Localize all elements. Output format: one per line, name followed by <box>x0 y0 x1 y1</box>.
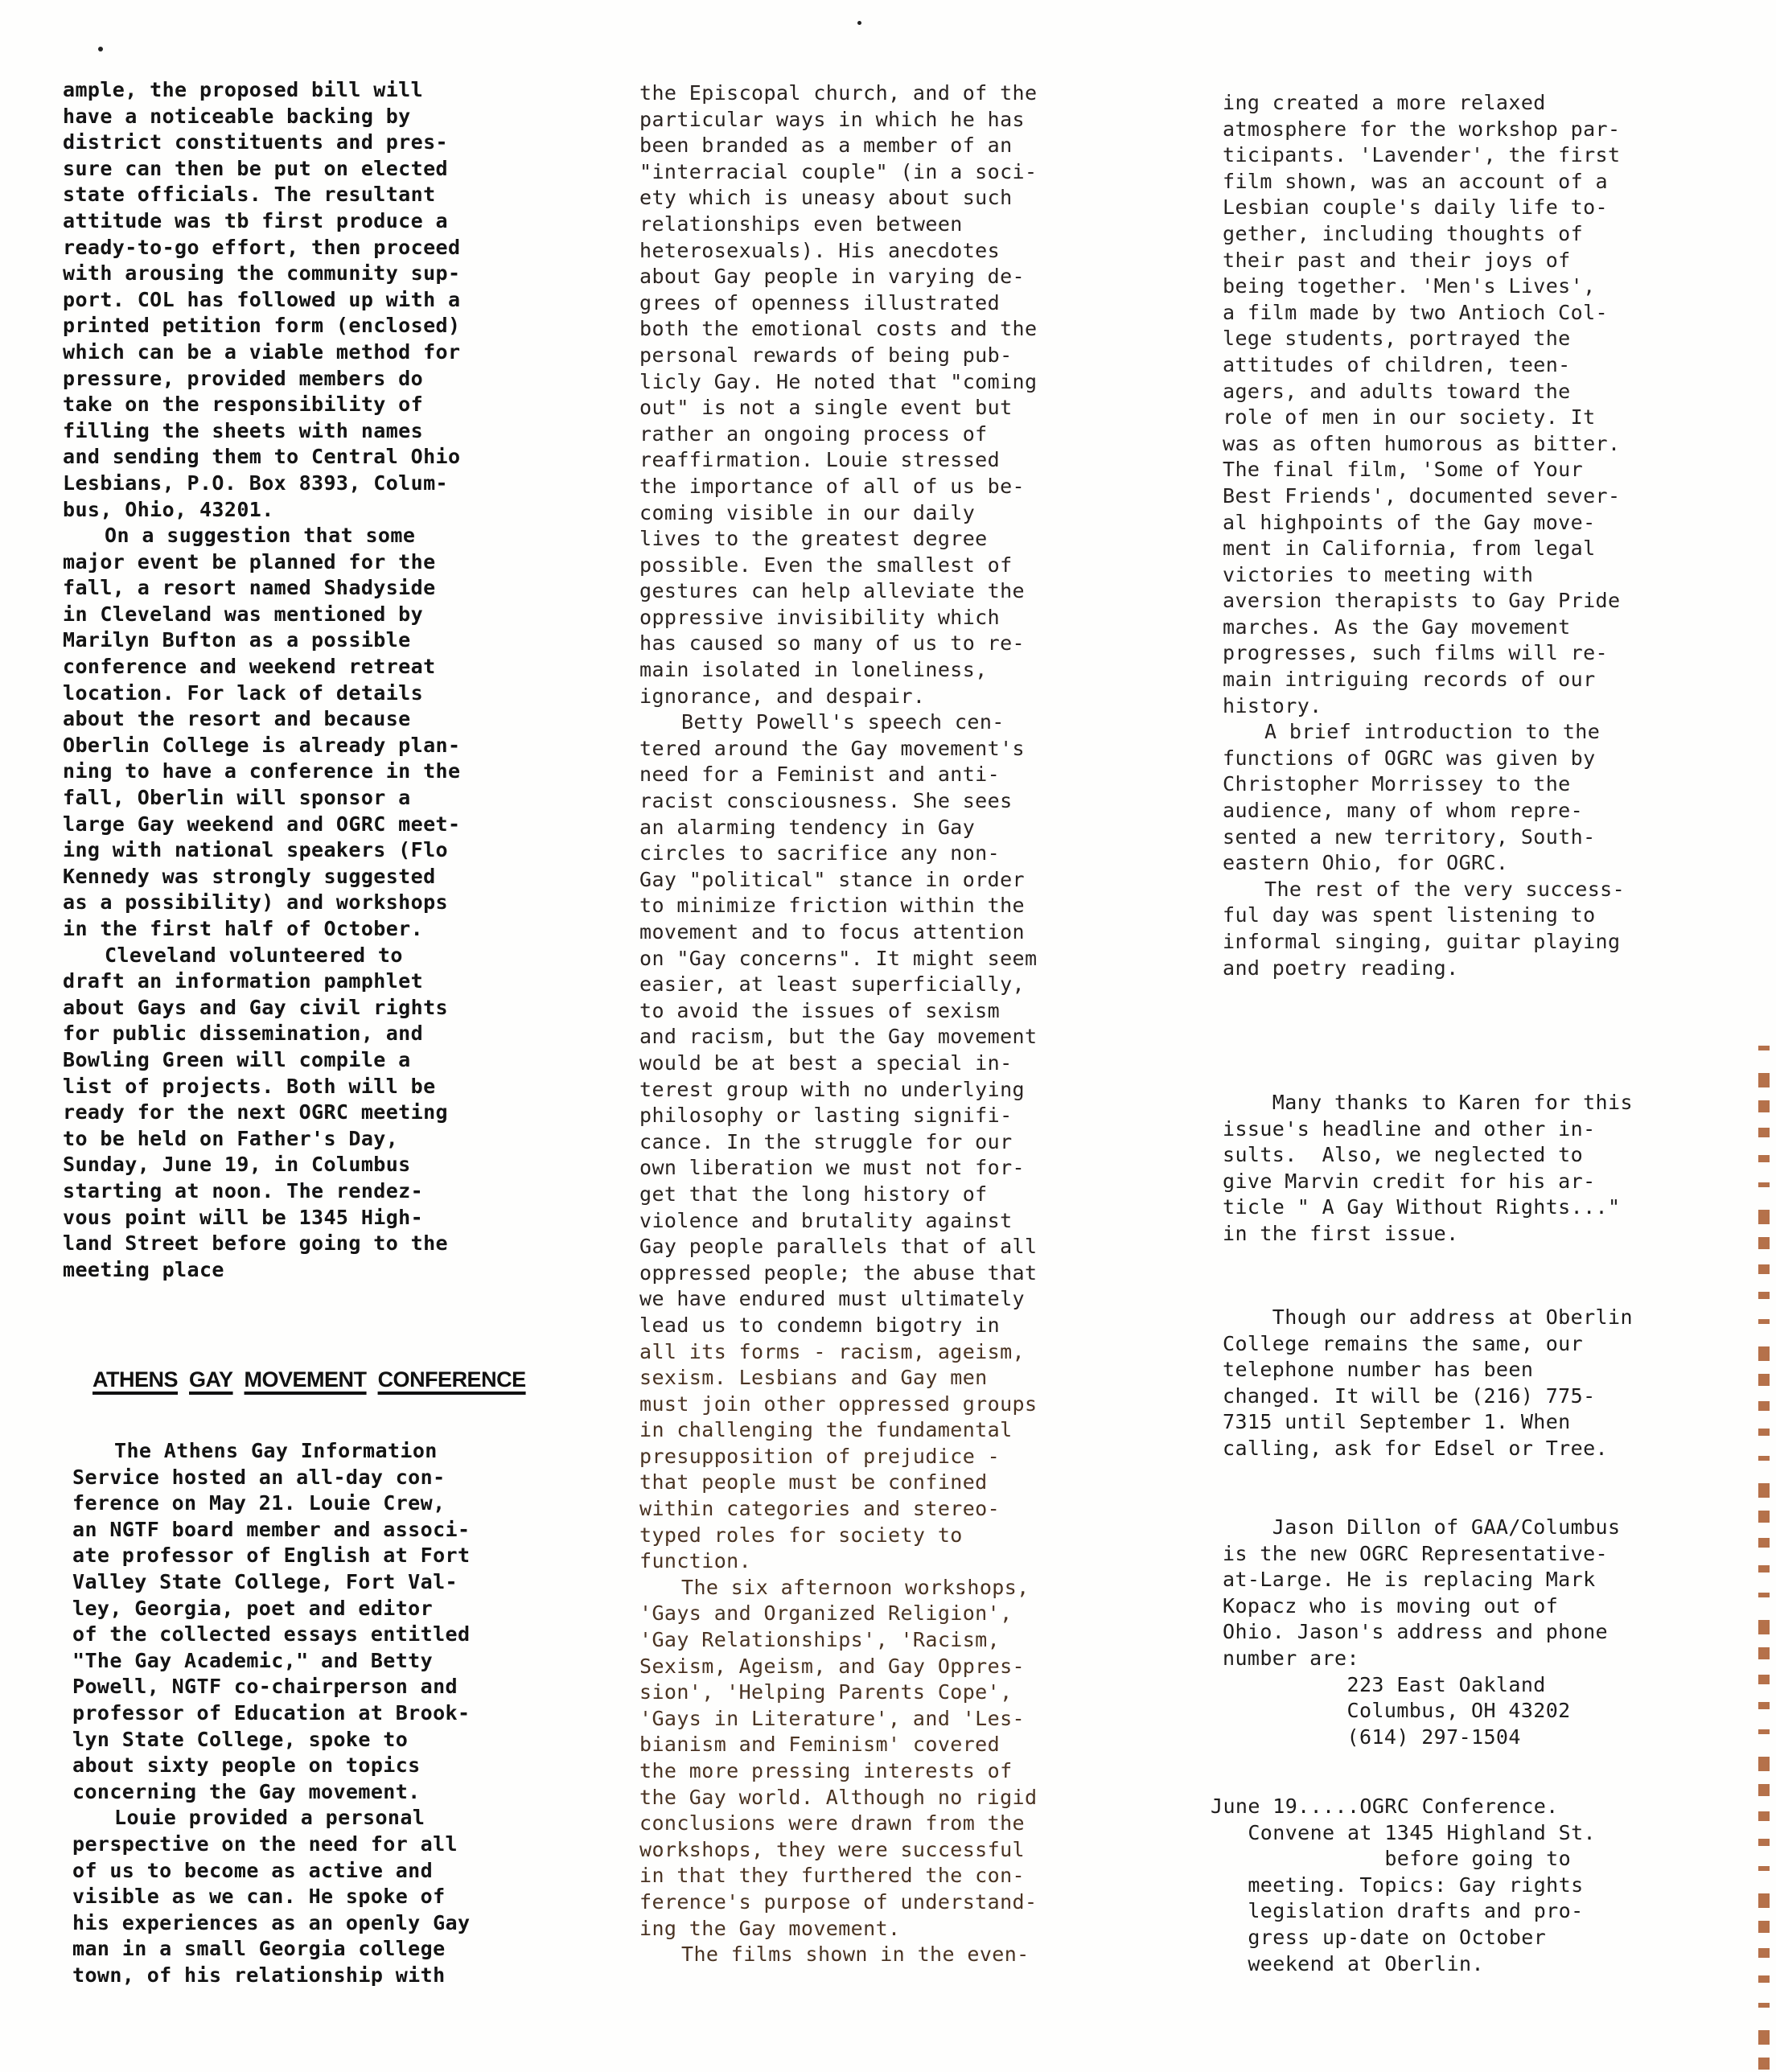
heading-word: ATHENS <box>92 1367 178 1392</box>
text-line: The films shown in the even- <box>639 1942 1122 1968</box>
text-line: ready for the next OGRC meeting <box>63 1100 578 1126</box>
scan-artifact <box>1758 1100 1770 1112</box>
text-line: Though our address at Oberlin <box>1223 1305 1633 1331</box>
text-line: been branded as a member of an <box>639 133 1122 159</box>
text-line: movement and to focus attention <box>639 919 1122 946</box>
text-line: Convene at 1345 Highland St. <box>1211 1820 1596 1847</box>
text-line: must join other oppressed groups <box>639 1392 1122 1418</box>
text-line: on "Gay concerns". It might seem <box>639 946 1122 972</box>
text-line: audience, many of whom repre- <box>1223 798 1689 824</box>
text-line: ing created a more relaxed <box>1223 90 1689 117</box>
text-line: Marilyn Bufton as a possible <box>63 627 578 654</box>
text-line: Service hosted an all-day con- <box>72 1465 587 1491</box>
text-line: function. <box>639 1548 1122 1575</box>
text-line: district constituents and pres- <box>63 129 578 156</box>
text-line: Lesbian couple's daily life to- <box>1223 195 1689 221</box>
text-line: have a noticeable backing by <box>63 104 578 130</box>
text-line: and sending them to Central Ohio <box>63 444 578 471</box>
scan-artifact <box>1758 1237 1770 1249</box>
text-line: marches. As the Gay movement <box>1223 615 1689 641</box>
text-line: oppressive invisibility which <box>639 605 1122 631</box>
text-line: town, of his relationship with <box>72 1963 587 1989</box>
text-line: history. <box>1223 693 1689 720</box>
text-line: out" is not a single event but <box>639 395 1122 421</box>
text-line: presupposition of prejudice - <box>639 1444 1122 1470</box>
text-line: sion', 'Helping Parents Cope', <box>639 1679 1122 1706</box>
scan-artifact <box>1758 1702 1770 1709</box>
text-line: own liberation we must not for- <box>639 1155 1122 1182</box>
text-line: "The Gay Academic," and Betty <box>72 1648 587 1675</box>
text-line: give Marvin credit for his ar- <box>1223 1169 1633 1195</box>
text-line: conference and weekend retreat <box>63 654 578 680</box>
text-line: port. COL has followed up with a <box>63 287 578 314</box>
text-line: in Cleveland was mentioned by <box>63 602 578 628</box>
text-line: College remains the same, our <box>1223 1331 1633 1358</box>
scan-artifact <box>1758 1155 1770 1162</box>
text-line: licly Gay. He noted that "coming <box>639 369 1122 396</box>
text-line: role of men in our society. It <box>1223 405 1689 431</box>
text-line: Oberlin College is already plan- <box>63 733 578 759</box>
text-line: gress up-date on October <box>1211 1925 1596 1951</box>
text-line: draft an information pamphlet <box>63 968 578 995</box>
text-line: ference on May 21. Louie Crew, <box>72 1490 587 1517</box>
text-line: ing with national speakers (Flo <box>63 837 578 864</box>
scan-artifact <box>1758 1511 1770 1523</box>
column-3: ing created a more relaxedatmosphere for… <box>1223 90 1689 981</box>
text-line: The rest of the very success- <box>1223 877 1689 903</box>
text-line: ley, Georgia, poet and editor <box>72 1596 587 1622</box>
calendar-entry: June 19.....OGRC Conference. Convene at … <box>1211 1794 1596 1977</box>
text-line: Cleveland volunteered to <box>63 943 578 969</box>
text-line: ference's purpose of understand- <box>639 1889 1122 1916</box>
text-line: lead us to condemn bigotry in <box>639 1313 1122 1339</box>
text-line: lives to the greatest degree <box>639 526 1122 553</box>
scan-artifact <box>1758 1839 1770 1846</box>
text-line: professor of Education at Brook- <box>72 1700 587 1727</box>
text-line: Best Friends', documented sever- <box>1223 483 1689 510</box>
text-line: in the first half of October. <box>63 916 578 943</box>
text-line: attitudes of children, teen- <box>1223 352 1689 379</box>
text-line: The final film, 'Some of Your <box>1223 457 1689 483</box>
text-line: perspective on the need for all <box>72 1831 587 1858</box>
scan-artifact <box>1758 1866 1770 1871</box>
text-line: changed. It will be (216) 775- <box>1223 1383 1633 1410</box>
text-line: easier, at least superficially, <box>639 972 1122 998</box>
text-line: to be held on Father's Day, <box>63 1126 578 1153</box>
text-line: sented a new territory, South- <box>1223 824 1689 851</box>
text-line: (614) 297-1504 <box>1223 1725 1620 1751</box>
text-line: with arousing the community sup- <box>63 261 578 287</box>
scan-artifact <box>1758 1374 1770 1386</box>
text-line: circles to sacrifice any non- <box>639 841 1122 867</box>
text-line: at-Large. He is replacing Mark <box>1223 1567 1620 1593</box>
text-line: ing the Gay movement. <box>639 1916 1122 1942</box>
text-line: that people must be confined <box>639 1470 1122 1496</box>
scan-artifact <box>1758 1210 1770 1224</box>
text-line: Louie provided a personal <box>72 1805 587 1831</box>
text-line: lege students, portrayed the <box>1223 326 1689 352</box>
scan-artifact <box>1758 1975 1770 1983</box>
text-line: 'Gays in Literature', and 'Les- <box>639 1706 1122 1733</box>
text-line: starting at noon. The rendez- <box>63 1178 578 1205</box>
heading-word: GAY <box>189 1367 233 1392</box>
phone-change-note: Though our address at OberlinCollege rem… <box>1223 1305 1633 1462</box>
scan-artifact <box>1758 1565 1770 1572</box>
text-line: ample, the proposed bill will <box>63 77 578 104</box>
scan-artifact <box>1758 1811 1770 1821</box>
text-line: concerning the Gay movement. <box>72 1779 587 1806</box>
text-line: meeting. Topics: Gay rights <box>1211 1873 1596 1899</box>
text-line: workshops, they were successful <box>639 1837 1122 1864</box>
scan-artifact <box>1758 1046 1770 1050</box>
text-line: bianism and Feminism' covered <box>639 1732 1122 1758</box>
text-line: ready-to-go effort, then proceed <box>63 235 578 261</box>
text-line: heterosexuals). His anecdotes <box>639 238 1122 265</box>
text-line: 'Gays and Organized Religion', <box>639 1601 1122 1627</box>
text-line: Sexism, Ageism, and Gay Oppres- <box>639 1654 1122 1680</box>
text-line: ful day was spent listening to <box>1223 902 1689 929</box>
text-line: attitude was tb first produce a <box>63 208 578 235</box>
text-line: rather an ongoing process of <box>639 421 1122 448</box>
scan-artifact <box>1758 1073 1770 1087</box>
scan-artifact <box>1758 2003 1770 2008</box>
text-line: The six afternoon workshops, <box>639 1575 1122 1601</box>
text-line: his experiences as an openly Gay <box>72 1910 587 1937</box>
text-line: has caused so many of us to re- <box>639 631 1122 657</box>
text-line: land Street before going to the <box>63 1231 578 1257</box>
text-line: an alarming tendency in Gay <box>639 815 1122 841</box>
scanned-page: ample, the proposed bill willhave a noti… <box>0 0 1776 2072</box>
text-line: for public dissemination, and <box>63 1021 578 1047</box>
text-line: telephone number has been <box>1223 1357 1633 1383</box>
text-line: sexism. Lesbians and Gay men <box>639 1365 1122 1392</box>
scan-artifact <box>1758 1675 1770 1684</box>
text-line: Columbus, OH 43202 <box>1223 1698 1620 1725</box>
heading-word: CONFERENCE <box>378 1367 526 1392</box>
text-line: Christopher Morrissey to the <box>1223 771 1689 798</box>
text-line: lyn State College, spoke to <box>72 1727 587 1753</box>
text-line: in challenging the fundamental <box>639 1417 1122 1444</box>
text-line: particular ways in which he has <box>639 107 1122 134</box>
text-line: Lesbians, P.O. Box 8393, Colum- <box>63 471 578 497</box>
text-line: man in a small Georgia college <box>72 1936 587 1963</box>
scan-artifact <box>1758 1647 1770 1659</box>
text-line: which can be a viable method for <box>63 339 578 366</box>
text-line: sure can then be put on elected <box>63 156 578 183</box>
text-line: legislation drafts and pro- <box>1211 1898 1596 1925</box>
representative-note: Jason Dillon of GAA/Columbusis the new O… <box>1223 1515 1620 1750</box>
scan-artifact <box>1758 1128 1770 1137</box>
text-line: oppressed people; the abuse that <box>639 1260 1122 1287</box>
text-line: and poetry reading. <box>1223 956 1689 982</box>
text-line: pressure, provided members do <box>63 366 578 393</box>
text-line: fall, a resort named Shadyside <box>63 575 578 602</box>
column-2: the Episcopal church, and of theparticul… <box>639 80 1122 1968</box>
text-line: ticipants. 'Lavender', the first <box>1223 142 1689 169</box>
scan-artifact <box>1758 1593 1770 1597</box>
text-line: weekend at Oberlin. <box>1211 1951 1596 1978</box>
text-line: 223 East Oakland <box>1223 1672 1620 1699</box>
scan-artifact <box>1758 2030 1770 2045</box>
text-line: vous point will be 1345 High- <box>63 1205 578 1231</box>
scan-artifact <box>1758 1264 1770 1274</box>
text-line: Gay people parallels that of all <box>639 1234 1122 1260</box>
text-line: A brief introduction to the <box>1223 719 1689 746</box>
text-line: list of projects. Both will be <box>63 1074 578 1100</box>
text-line: terest group with no underlying <box>639 1077 1122 1104</box>
text-line: gether, including thoughts of <box>1223 221 1689 248</box>
text-line: and racism, but the Gay movement <box>639 1024 1122 1050</box>
text-line: visible as we can. He spoke of <box>72 1884 587 1910</box>
text-line: both the emotional costs and the <box>639 316 1122 343</box>
text-line: tered around the Gay movement's <box>639 736 1122 763</box>
scan-artifact <box>1758 1921 1770 1933</box>
text-line: ticle " A Gay Without Rights..." <box>1223 1194 1633 1221</box>
text-line: possible. Even the smallest of <box>639 553 1122 579</box>
text-line: we have endured must ultimately <box>639 1286 1122 1313</box>
scan-artifact <box>1758 1784 1770 1796</box>
scan-artifact <box>1758 1319 1770 1324</box>
text-line: racist consciousness. She sees <box>639 788 1122 815</box>
text-line: relationships even between <box>639 212 1122 238</box>
text-line: reaffirmation. Louie stressed <box>639 447 1122 474</box>
text-line: main intriguing records of our <box>1223 667 1689 693</box>
text-line: large Gay weekend and OGRC meet- <box>63 812 578 838</box>
scan-artifact <box>1758 2058 1770 2070</box>
text-line: all its forms - racism, ageism, <box>639 1339 1122 1366</box>
text-line: major event be planned for the <box>63 549 578 576</box>
text-line: fall, Oberlin will sponsor a <box>63 785 578 812</box>
text-line: issue's headline and other in- <box>1223 1116 1633 1143</box>
text-line: cance. In the struggle for our <box>639 1129 1122 1156</box>
text-line: al highpoints of the Gay move- <box>1223 510 1689 536</box>
scan-artifact <box>1758 1538 1770 1548</box>
text-line: Betty Powell's speech cen- <box>639 709 1122 736</box>
heading-word: MOVEMENT <box>245 1367 367 1392</box>
text-line: June 19.....OGRC Conference. <box>1211 1794 1596 1820</box>
scan-artifact <box>1758 1757 1770 1771</box>
text-line: 'Gay Relationships', 'Racism, <box>639 1627 1122 1654</box>
text-line: an NGTF board member and associ- <box>72 1517 587 1544</box>
text-line: of the collected essays entitled <box>72 1622 587 1648</box>
text-line: Valley State College, Fort Val- <box>72 1569 587 1596</box>
text-line: the more pressing interests of <box>639 1758 1122 1785</box>
text-line: would be at best a special in- <box>639 1050 1122 1077</box>
text-line: ning to have a conference in the <box>63 758 578 785</box>
text-line: take on the responsibility of <box>63 392 578 418</box>
text-line: violence and brutality against <box>639 1208 1122 1235</box>
text-line: location. For lack of details <box>63 680 578 707</box>
text-line: ignorance, and despair. <box>639 684 1122 710</box>
text-line: their past and their joys of <box>1223 248 1689 274</box>
text-line: sults. Also, we neglected to <box>1223 1142 1633 1169</box>
text-line: functions of OGRC was given by <box>1223 746 1689 772</box>
text-line: printed petition form (enclosed) <box>63 313 578 339</box>
scanner-edge-strip <box>1758 0 1773 2072</box>
text-line: grees of openness illustrated <box>639 290 1122 317</box>
text-line: ment in California, from legal <box>1223 536 1689 562</box>
scan-artifact <box>1758 1346 1770 1361</box>
scan-artifact <box>1758 1893 1770 1908</box>
text-line: Kennedy was strongly suggested <box>63 864 578 890</box>
text-line: personal rewards of being pub- <box>639 343 1122 369</box>
text-line: aversion therapists to Gay Pride <box>1223 588 1689 615</box>
text-line: is the new OGRC Representative- <box>1223 1541 1620 1568</box>
text-line: Bowling Green will compile a <box>63 1047 578 1074</box>
scan-artifact <box>1758 1401 1770 1411</box>
text-line: within categories and stereo- <box>639 1496 1122 1523</box>
text-line: "interracial couple" (in a soci- <box>639 159 1122 186</box>
text-line: progresses, such films will re- <box>1223 640 1689 667</box>
text-line: On a suggestion that some <box>63 523 578 549</box>
scan-artifact <box>1758 1182 1770 1187</box>
text-line: number are: <box>1223 1646 1620 1672</box>
text-line: get that the long history of <box>639 1182 1122 1208</box>
text-line: about Gays and Gay civil rights <box>63 995 578 1022</box>
thanks-note: Many thanks to Karen for thisissue's hea… <box>1223 1090 1633 1248</box>
text-line: Many thanks to Karen for this <box>1223 1090 1633 1116</box>
text-line: 7315 until September 1. When <box>1223 1409 1633 1436</box>
text-line: gestures can help alleviate the <box>639 578 1122 605</box>
text-line: to minimize friction within the <box>639 893 1122 919</box>
text-line: a film made by two Antioch Col- <box>1223 300 1689 327</box>
text-line: conclusions were drawn from the <box>639 1811 1122 1837</box>
stray-mark <box>98 47 103 51</box>
text-line: bus, Ohio, 43201. <box>63 497 578 524</box>
stray-mark <box>857 21 861 25</box>
text-line: meeting place <box>63 1257 578 1284</box>
text-line: typed roles for society to <box>639 1523 1122 1549</box>
scan-artifact <box>1758 1292 1770 1299</box>
text-line: as a possibility) and workshops <box>63 890 578 916</box>
text-line: Gay "political" stance in order <box>639 867 1122 894</box>
text-line: coming visible in our daily <box>639 500 1122 527</box>
scan-artifact <box>1758 1729 1770 1734</box>
text-line: the importance of all of us be- <box>639 474 1122 500</box>
text-line: about Gay people in varying de- <box>639 264 1122 290</box>
scan-artifact <box>1758 1948 1770 1958</box>
text-line: to avoid the issues of sexism <box>639 998 1122 1025</box>
text-line: before going to <box>1211 1846 1596 1873</box>
text-line: of us to become as active and <box>72 1858 587 1885</box>
section-heading-athens-gay-movement-conference: ATHENSGAYMOVEMENTCONFERENCE <box>92 1367 537 1392</box>
text-line: being together. 'Men's Lives', <box>1223 273 1689 300</box>
text-line: filling the sheets with names <box>63 418 578 445</box>
text-line: calling, ask for Edsel or Tree. <box>1223 1436 1633 1462</box>
text-line: need for a Feminist and anti- <box>639 762 1122 788</box>
text-line: agers, and adults toward the <box>1223 379 1689 405</box>
text-line: main isolated in loneliness, <box>639 657 1122 684</box>
text-line: about sixty people on topics <box>72 1753 587 1779</box>
text-line: the Episcopal church, and of the <box>639 80 1122 107</box>
text-line: victories to meeting with <box>1223 562 1689 589</box>
text-line: Jason Dillon of GAA/Columbus <box>1223 1515 1620 1541</box>
text-line: Sunday, June 19, in Columbus <box>63 1152 578 1178</box>
text-line: ety which is uneasy about such <box>639 185 1122 212</box>
text-line: film shown, was an account of a <box>1223 169 1689 195</box>
text-line: informal singing, guitar playing <box>1223 929 1689 956</box>
text-line: the Gay world. Although no rigid <box>639 1785 1122 1811</box>
text-line: ate professor of English at Fort <box>72 1543 587 1569</box>
text-line: Powell, NGTF co-chairperson and <box>72 1674 587 1700</box>
column-1-article: The Athens Gay InformationService hosted… <box>72 1438 587 1988</box>
text-line: Kopacz who is moving out of <box>1223 1593 1620 1620</box>
text-line: was as often humorous as bitter. <box>1223 431 1689 458</box>
text-line: philosophy or lasting signifi- <box>639 1103 1122 1129</box>
scan-artifact <box>1758 1456 1770 1461</box>
text-line: eastern Ohio, for OGRC. <box>1223 850 1689 877</box>
text-line: atmosphere for the workshop par- <box>1223 117 1689 143</box>
scan-artifact <box>1758 1483 1770 1498</box>
text-line: about the resort and because <box>63 706 578 733</box>
text-line: in that they furthered the con- <box>639 1863 1122 1889</box>
text-line: in the first issue. <box>1223 1221 1633 1248</box>
text-line: state officials. The resultant <box>63 182 578 208</box>
scan-artifact <box>1758 1620 1770 1634</box>
column-1: ample, the proposed bill willhave a noti… <box>63 77 578 1283</box>
text-line: Ohio. Jason's address and phone <box>1223 1619 1620 1646</box>
scan-artifact <box>1758 1429 1770 1436</box>
text-line: The Athens Gay Information <box>72 1438 587 1465</box>
